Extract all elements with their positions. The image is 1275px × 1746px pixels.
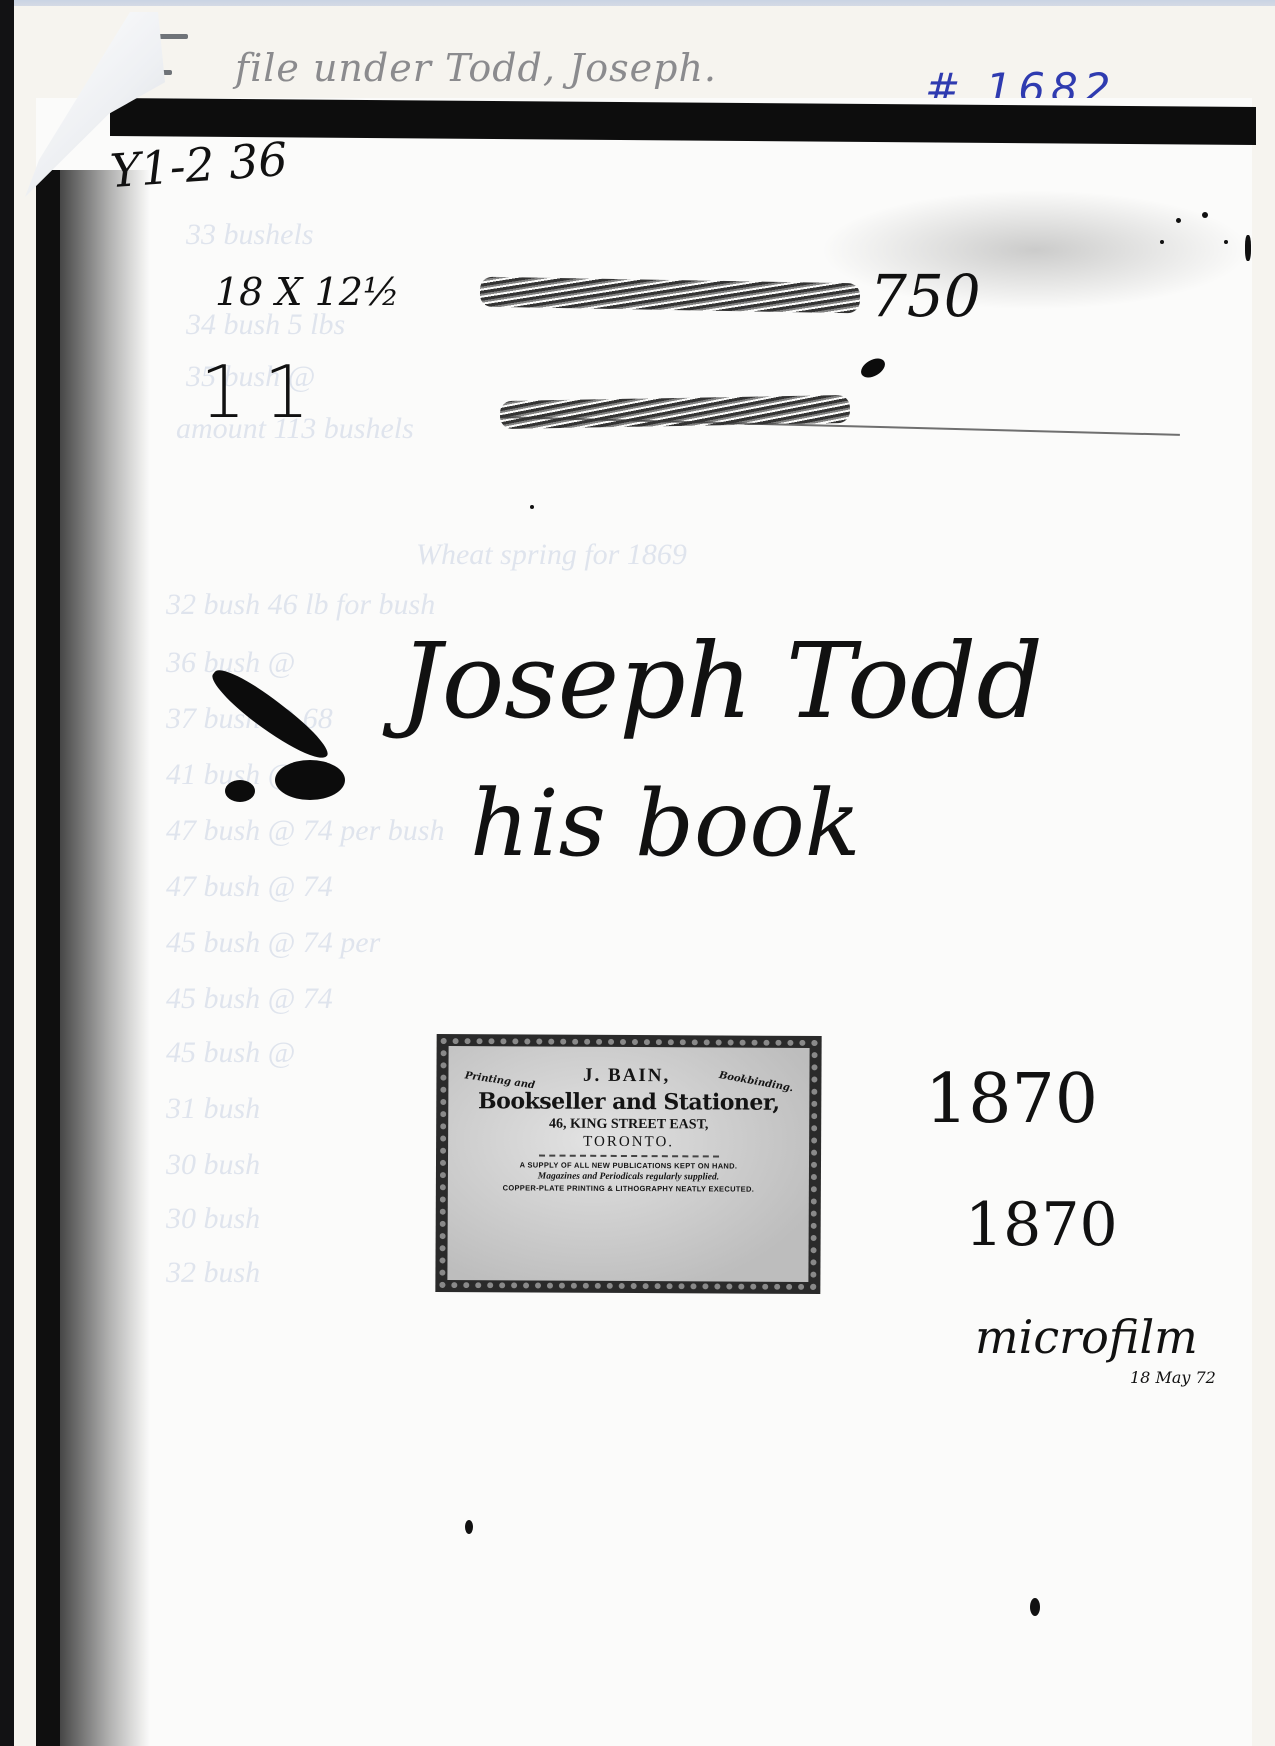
label-address: 46, KING STREET EAST, (448, 1116, 809, 1134)
year-1870: 1870 (925, 1060, 1098, 1139)
ghost-line: 45 bush @ (166, 1036, 295, 1070)
volume-marks: 11 (200, 350, 328, 434)
year-1870-repeat: 1870 (965, 1190, 1118, 1260)
ghost-line: 33 bushels (186, 218, 314, 252)
ink-blot (275, 760, 345, 800)
speck (1176, 218, 1181, 223)
scanner-bed-left (0, 0, 14, 1746)
pencil-filing-note: file under Todd, Joseph. (235, 46, 717, 90)
microfilm-date: 18 May 72 (1130, 1368, 1216, 1387)
speck (1202, 212, 1208, 218)
signature-his-book: his book (470, 770, 861, 877)
stationer-label: Printing and J. BAIN, Bookbinding. Books… (435, 1034, 821, 1294)
ghost-line: 32 bush (166, 1256, 260, 1290)
label-body: Printing and J. BAIN, Bookbinding. Books… (447, 1046, 809, 1282)
ghost-line: 45 bush @ 74 (166, 982, 333, 1016)
speck (1160, 240, 1164, 244)
label-line-2: Magazines and Periodicals regularly supp… (448, 1171, 809, 1183)
microfilm-note: microfilm (975, 1310, 1198, 1364)
owner-signature: Joseph Todd his book (390, 560, 1050, 1000)
label-title: Bookseller and Stationer, (448, 1088, 809, 1116)
label-name: J. BAIN, (583, 1065, 670, 1087)
speck (530, 505, 534, 509)
label-line-3: COPPER-PLATE PRINTING & LITHOGRAPHY NEAT… (448, 1183, 809, 1194)
label-city: TORONTO. (448, 1133, 809, 1152)
label-line-1: A SUPPLY OF ALL NEW PUBLICATIONS KEPT ON… (448, 1160, 809, 1171)
speck (1030, 1598, 1040, 1616)
ink-blot (225, 780, 255, 802)
signature-name: Joseph Todd (400, 620, 1043, 742)
ghost-line: 30 bush (166, 1148, 260, 1182)
speck (1224, 240, 1228, 244)
ghost-line: 30 bush (166, 1202, 260, 1236)
ghost-line: 31 bush (166, 1092, 260, 1126)
dimensions-note: 18 X 12½ (215, 270, 400, 314)
label-divider (539, 1155, 719, 1158)
photocopy-left-border (36, 170, 60, 1746)
photocopy-edge-shadow (60, 170, 150, 1746)
speck (465, 1520, 473, 1534)
ghost-line: 45 bush @ 74 per (166, 926, 380, 960)
ghost-line: 47 bush @ 74 (166, 870, 333, 904)
speck (1245, 235, 1251, 261)
price-mark: 750 (870, 262, 981, 330)
